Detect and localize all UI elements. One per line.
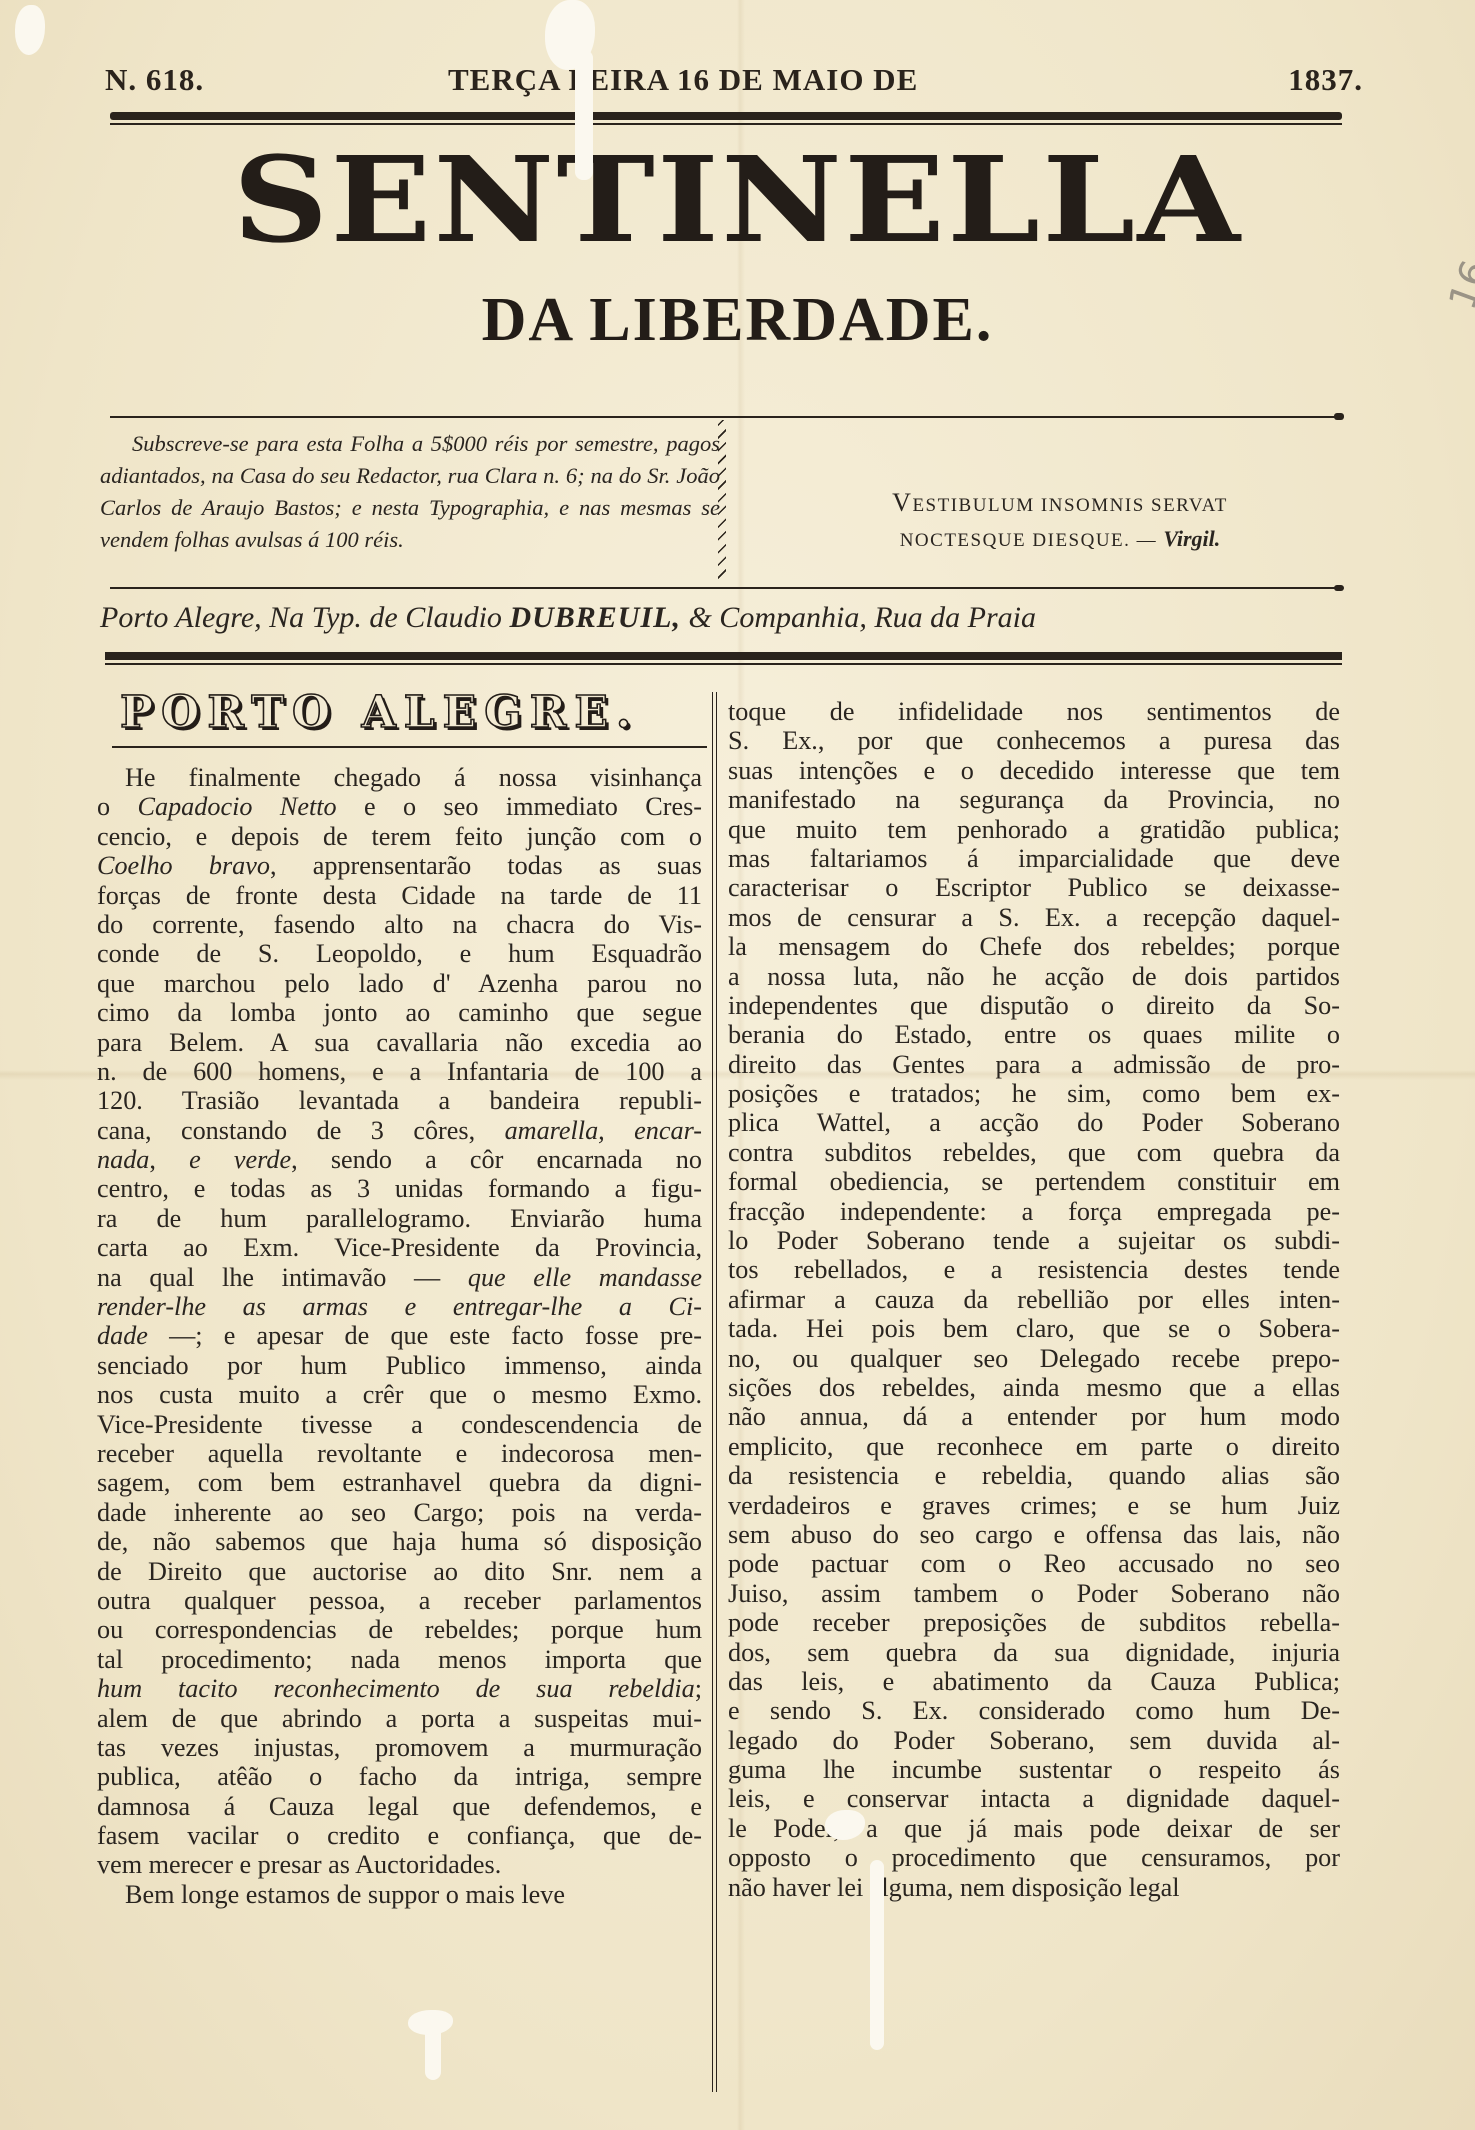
article-line: contra subditos rebeldes, que com quebra… <box>728 1138 1340 1167</box>
article-line: tada. Hei pois bem claro, que se o Sober… <box>728 1314 1340 1343</box>
section-title: PORTO ALEGRE. <box>120 688 680 738</box>
article-line: independentes que disputão o direito da … <box>728 991 1340 1020</box>
article-line: render-lhe as armas e entregar-lhe a Ci- <box>97 1292 702 1321</box>
article-line: sagem, com bem estranhavel quebra da dig… <box>97 1468 702 1497</box>
article-line: caracterisar o Escriptor Publico se deix… <box>728 873 1340 902</box>
article-line: fasem vacilar o credito e confiança, que… <box>97 1821 702 1850</box>
article-line: na qual lhe intimavão — que elle mandass… <box>97 1263 702 1292</box>
article-line: afirmar a cauza da rebellião por elles i… <box>728 1285 1340 1314</box>
article-line: 120. Trasião levantada a bandeira republ… <box>97 1086 702 1115</box>
article-line: nos custa muito a crêr que o mesmo Exmo. <box>97 1380 702 1409</box>
paper-damage-spot <box>425 2025 441 2080</box>
article-line: le Poder, a que já mais pode deixar de s… <box>728 1814 1340 1843</box>
article-line: lo Poder Soberano tende a sujeitar os su… <box>728 1226 1340 1255</box>
article-line: opposto o procedimento que censuramos, p… <box>728 1843 1340 1872</box>
article-line: damnosa á Cauza legal que defendemos, e <box>97 1792 702 1821</box>
article-line: receber aquella revoltante e indecorosa … <box>97 1439 702 1468</box>
column-divider <box>712 692 717 2092</box>
subscription-notice: Subscreve-se para esta Folha a 5$000 réi… <box>100 428 720 556</box>
article-line: tos rebellados, e a resistencia destes t… <box>728 1255 1340 1284</box>
article-line: Bem longe estamos de suppor o mais leve <box>97 1880 702 1909</box>
article-line: berania do Estado, entre os quaes milite… <box>728 1020 1340 1049</box>
imprint-rule-thick <box>105 652 1342 660</box>
article-line: de, não sabemos que haja huma só disposi… <box>97 1527 702 1556</box>
info-rule-top <box>110 416 1340 418</box>
dateline-rule-thin <box>110 123 1342 125</box>
article-line: dade inherente ao seo Cargo; pois na ver… <box>97 1498 702 1527</box>
article-line: vem merecer e presar as Auctoridades. <box>97 1850 702 1879</box>
imprint-line: Porto Alegre, Na Typ. de Claudio DUBREUI… <box>100 598 1340 638</box>
article-line: emplicito, que reconhece em parte o dire… <box>728 1432 1340 1461</box>
article-line: hum tacito reconhecimento de sua rebeldi… <box>97 1674 702 1703</box>
article-line: tas vezes injustas, promovem a murmuraçã… <box>97 1733 702 1762</box>
article-line: de Direito que auctorise ao dito Snr. ne… <box>97 1557 702 1586</box>
dateline: N. 618. TERÇA FEIRA 16 DE MAIO DE 1837. <box>105 62 1363 102</box>
paper-damage-spot <box>575 50 593 180</box>
article-line: direito das Gentes para a admissão de pr… <box>728 1050 1340 1079</box>
article-line: He finalmente chegado á nossa visinhança <box>97 763 702 792</box>
article-line: outra qualquer pessoa, a receber parlame… <box>97 1586 702 1615</box>
article-line: no, ou qualquer seo Delegado recebe prep… <box>728 1344 1340 1373</box>
article-line: ra de hum parallelogramo. Enviarão huma <box>97 1204 702 1233</box>
paper-damage-spot <box>870 1860 884 2050</box>
article-line: para Belem. A sua cavallaria não excedia… <box>97 1028 702 1057</box>
article-line: e sendo S. Ex. considerado como hum De- <box>728 1696 1340 1725</box>
article-line: guma lhe incumbe sustentar o respeito ás <box>728 1755 1340 1784</box>
article-line: Juiso, assim tambem o Poder Soberano não <box>728 1579 1340 1608</box>
motto-line-2: NOCTESQUE DIESQUE. — Virgil. <box>860 522 1260 557</box>
article-line: não annua, dá a entender por hum modo <box>728 1402 1340 1431</box>
article-line: leis, e conservar intacta a dignidade da… <box>728 1784 1340 1813</box>
article-line: legado do Poder Soberano, sem duvida al- <box>728 1726 1340 1755</box>
article-line: conde de S. Leopoldo, e hum Esquadrão <box>97 939 702 968</box>
article-line: dade —; e apesar de que este facto fosse… <box>97 1321 702 1350</box>
article-line: não haver lei alguma, nem disposição leg… <box>728 1873 1340 1902</box>
imprint-rule-thin <box>105 663 1342 665</box>
article-line: cana, constando de 3 côres, amarella, en… <box>97 1116 702 1145</box>
article-line: publica, atêão o facho da intriga, sempr… <box>97 1762 702 1791</box>
article-line: manifestado na segurança da Provincia, n… <box>728 785 1340 814</box>
article-line: o Capadocio Netto e o seo immediato Cres… <box>97 792 702 821</box>
article-line: ou correspondencias de rebeldes; porque … <box>97 1615 702 1644</box>
article-line: mas faltariamos á imparcialidade que dev… <box>728 844 1340 873</box>
newspaper-page: N. 618. TERÇA FEIRA 16 DE MAIO DE 1837. … <box>0 0 1475 2130</box>
article-line: senciado por hum Publico immenso, ainda <box>97 1351 702 1380</box>
article-line: sem abuso do seo cargo e offensa das lai… <box>728 1520 1340 1549</box>
article-line: fracção independente: a força empregada … <box>728 1197 1340 1226</box>
article-line: formal obediencia, se pertendem constitu… <box>728 1167 1340 1196</box>
article-line: n. de 600 homens, e a Infantaria de 100 … <box>97 1057 702 1086</box>
article-column-right: toque de infidelidade nos sentimentos de… <box>728 697 1340 1902</box>
masthead-title: SENTINELLA <box>0 140 1475 260</box>
article-line: que marchou pelo lado d' Azenha parou no <box>97 969 702 998</box>
article-line: tal procedimento; nada menos importa que <box>97 1645 702 1674</box>
issue-number: N. 618. <box>105 62 204 98</box>
masthead-subtitle: DA LIBERDADE. <box>0 285 1475 355</box>
article-line: alem de que abrindo a porta a suspeitas … <box>97 1704 702 1733</box>
printer-name: DUBREUIL, <box>509 601 681 634</box>
article-line: carta ao Exm. Vice-Presidente da Provinc… <box>97 1233 702 1262</box>
article-line: la mensagem do Chefe dos rebeldes; porqu… <box>728 932 1340 961</box>
article-line: cencio, e depois de terem feito junção c… <box>97 822 702 851</box>
zigzag-divider <box>718 420 726 582</box>
issue-year: 1837. <box>1288 62 1363 98</box>
article-line: que muito tem penhorado a gratidão publi… <box>728 815 1340 844</box>
article-line: suas intenções e o decedido interesse qu… <box>728 756 1340 785</box>
article-line: mos de censurar a S. Ex. a recepção daqu… <box>728 903 1340 932</box>
article-line: toque de infidelidade nos sentimentos de <box>728 697 1340 726</box>
issue-date: TERÇA FEIRA 16 DE MAIO DE <box>448 62 918 98</box>
article-line: da resistencia e rebeldia, quando alias … <box>728 1461 1340 1490</box>
article-line: sições dos rebeldes, ainda mesmo que a e… <box>728 1373 1340 1402</box>
article-line: do corrente, fasendo alto na chacra do V… <box>97 910 702 939</box>
article-line: Vice-Presidente tivesse a condescendenci… <box>97 1410 702 1439</box>
article-line: Coelho bravo, apprensentarão todas as su… <box>97 851 702 880</box>
article-line: posições e tratados; he sim, como bem ex… <box>728 1079 1340 1108</box>
dateline-rule-thick <box>110 112 1342 120</box>
article-line: verdadeiros e graves crimes; e se hum Ju… <box>728 1491 1340 1520</box>
article-line: pode pactuar com o Reo accusado no seo <box>728 1549 1340 1578</box>
article-line: S. Ex., por que conhecemos a puresa das <box>728 726 1340 755</box>
motto: VESTIBULUM INSOMNIS SERVAT NOCTESQUE DIE… <box>860 486 1260 557</box>
article-line: a nossa luta, não he acção de dois parti… <box>728 962 1340 991</box>
article-line: centro, e todas as 3 unidas formando a f… <box>97 1174 702 1203</box>
motto-line-1: VESTIBULUM INSOMNIS SERVAT <box>860 486 1260 522</box>
article-line: das leis, e abatimento da Cauza Publica; <box>728 1667 1340 1696</box>
section-rule <box>112 746 707 748</box>
article-line: nada, e verde, sendo a côr encarnada no <box>97 1145 702 1174</box>
motto-author: Virgil. <box>1163 526 1220 551</box>
article-line: plica Wattel, a acção do Poder Soberano <box>728 1108 1340 1137</box>
article-line: dos, sem quebra da sua dignidade, injuri… <box>728 1638 1340 1667</box>
article-column-left: He finalmente chegado á nossa visinhança… <box>97 763 702 1909</box>
paper-damage-spot <box>15 5 45 55</box>
article-line: forças de fronte desta Cidade na tarde d… <box>97 881 702 910</box>
article-line: pode receber preposições de subditos reb… <box>728 1608 1340 1637</box>
article-line: cimo da lomba jonto ao caminho que segue <box>97 998 702 1027</box>
info-rule-bottom <box>110 587 1340 589</box>
